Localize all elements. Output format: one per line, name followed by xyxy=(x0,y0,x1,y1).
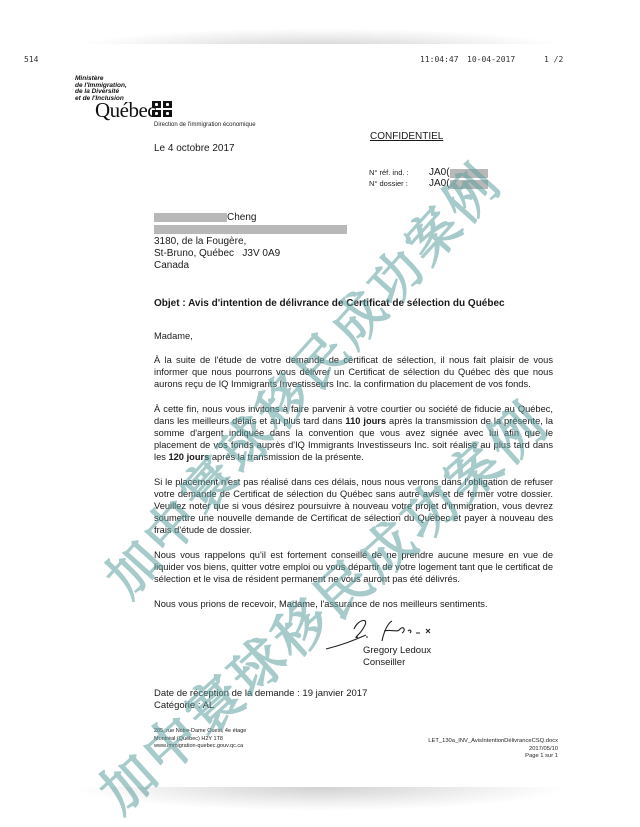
salutation: Madame, xyxy=(154,330,553,342)
redaction-bar xyxy=(450,169,488,178)
closing: Nous vous prions de recevoir, Madame, l'… xyxy=(154,598,553,610)
footer-address: 285, rue Notre-Dame Ouest, 4e étage Mont… xyxy=(154,728,246,751)
recipient-address: Cheng 3180, de la Fougère, St-Bruno, Qué… xyxy=(154,212,347,272)
quebec-logo-text: Québec xyxy=(95,98,156,123)
letter-subject: Objet : Avis d'intention de délivrance d… xyxy=(154,298,505,309)
doc-filename: LET_130a_INV_AvisIntentionDélivranceCSQ.… xyxy=(390,738,558,746)
reception-date: Date de réception de la demande : 19 jan… xyxy=(154,688,367,700)
footer-website: www.immigration-quebec.gouv.qc.ca xyxy=(154,743,246,751)
address-line: Canada xyxy=(154,260,347,272)
redaction-bar xyxy=(154,225,347,234)
signer-name: Gregory Ledoux xyxy=(363,645,431,657)
paragraph-text: après la transmission de la présente. xyxy=(209,452,364,462)
reference-numbers: N° réf. ind. :JA0( N° dossier :JA0( xyxy=(369,167,488,189)
reference-row: N° réf. ind. :JA0( xyxy=(369,167,488,178)
category: Catégorie : AL xyxy=(154,700,367,712)
recipient-name: Cheng xyxy=(227,212,256,223)
footer-document-ref: LET_130a_INV_AvisIntentionDélivranceCSQ.… xyxy=(390,738,558,761)
footer-address-line: 285, rue Notre-Dame Ouest, 4e étage xyxy=(154,728,246,736)
fax-time: 11:04:47 xyxy=(420,55,459,64)
letter-date: Le 4 octobre 2017 xyxy=(154,143,235,154)
signer-block: Gregory Ledoux Conseiller xyxy=(363,645,431,668)
direction-name: Direction de l'immigration économique xyxy=(154,122,256,128)
deadline-110-days: 110 jours xyxy=(345,416,386,426)
redaction-bar xyxy=(154,213,227,222)
paragraph: À cette fin, nous vous invitons à faire … xyxy=(154,403,553,463)
paragraph: Nous vous rappelons qu'il est fortement … xyxy=(154,549,553,585)
reception-info: Date de réception de la demande : 19 jan… xyxy=(154,688,367,711)
address-line: St-Bruno, Québec J3V 0A9 xyxy=(154,248,347,260)
address-line: 3180, de la Fougère, xyxy=(154,236,347,248)
footer-address-line: Montréal (Québec) H2Y 1T8 xyxy=(154,736,246,744)
doc-page: Page 1 sur 1 xyxy=(390,753,558,761)
recipient-name-line: Cheng xyxy=(154,212,347,224)
redaction-bar xyxy=(450,180,488,189)
signer-title: Conseiller xyxy=(363,657,431,669)
fax-page: 1 /2 xyxy=(544,55,563,64)
reference-value: JA0( xyxy=(429,178,450,189)
reference-label: N° dossier : xyxy=(369,178,429,189)
paragraph: À la suite de l'étude de votre demande d… xyxy=(154,354,553,390)
letter-body: Madame, À la suite de l'étude de votre d… xyxy=(154,330,553,623)
confidential-label: CONFIDENTIEL xyxy=(370,131,443,142)
fax-date: 10-04-2017 xyxy=(467,55,515,64)
reference-label: N° réf. ind. : xyxy=(369,167,429,178)
paragraph: Si le placement n'est pas réalisé dans c… xyxy=(154,476,553,536)
doc-date: 2017/05/10 xyxy=(390,746,558,754)
fax-sender-id: 514 xyxy=(24,55,38,64)
page-shadow-bottom xyxy=(70,787,570,811)
quebec-flag-icon xyxy=(152,101,172,117)
recipient-redacted-line xyxy=(154,224,347,236)
deadline-120-days: 120 jours xyxy=(168,452,209,462)
reference-row: N° dossier :JA0( xyxy=(369,178,488,189)
reference-value: JA0( xyxy=(429,167,450,178)
